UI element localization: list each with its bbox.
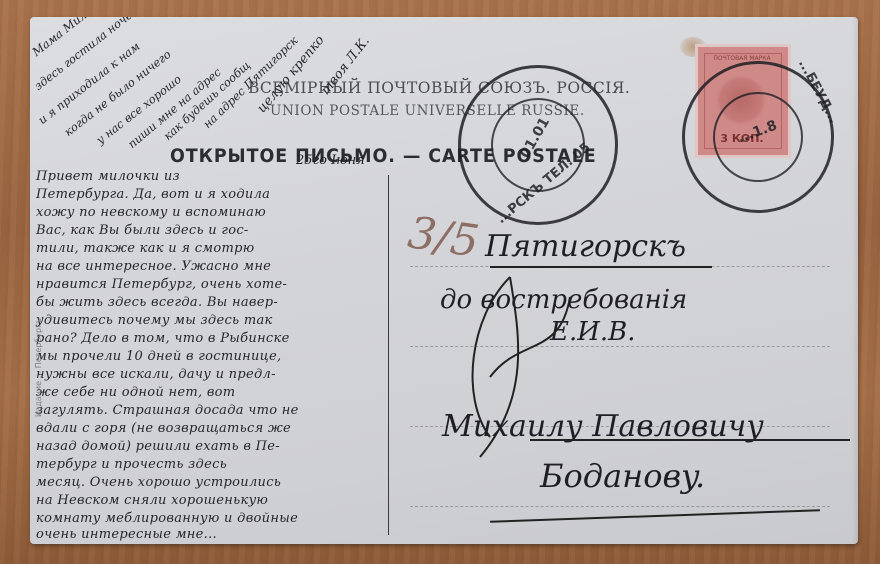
- card-edge-shadow: [852, 17, 858, 544]
- message-line: удивитесь почему мы здесь так: [36, 313, 273, 328]
- address-rule-4: [410, 506, 830, 507]
- message-line: рано? Дело в том, что в Рыбинске: [36, 331, 290, 346]
- message-line: очень интересные мне...: [36, 527, 217, 542]
- postcard: ВСЕМIРНЫЙ ПОЧТОВЫЙ СОЮЗЪ. РОССIЯ. UNION …: [30, 17, 858, 544]
- message-line: Привет милочки из: [36, 169, 180, 184]
- postmark-right: ...БЕУД... ...1.8: [682, 61, 834, 213]
- message-line: вдали с горя (не возвращаться же: [36, 421, 291, 436]
- message-line: тербург и прочесть здесь: [36, 457, 227, 472]
- message-line: на Невском сняли хорошенькую: [36, 493, 268, 508]
- message-line: мы прочели 10 дней в гостинице,: [36, 349, 281, 364]
- message-line: бы жить здесь всегда. Вы навер-: [36, 295, 278, 310]
- message-line: месяц. Очень хорошо устроились: [36, 475, 281, 490]
- message-line: тили, также как и я смотрю: [36, 241, 255, 256]
- message-line: загулять. Страшная досада что не: [36, 403, 299, 418]
- center-divider-line: [388, 175, 389, 535]
- message-line: на все интересное. Ужасно мне: [36, 259, 271, 274]
- publisher-imprint-text: Издание ... Петербургъ: [34, 318, 43, 417]
- postmark-right-text: ...БЕУД...: [795, 57, 841, 126]
- message-line: Вас, как Вы были здесь и гос-: [36, 223, 249, 238]
- message-date: 25го Iюня: [296, 153, 365, 168]
- postmark-center: ...РСКЪ ТЕЛ. 05 01.01: [458, 65, 618, 225]
- message-line: же себе ни одной нет, вот: [36, 385, 235, 400]
- message-line: Петербурга. Да, вот и я ходила: [36, 187, 270, 202]
- message-line: нравится Петербург, очень хоте-: [36, 277, 287, 292]
- message-line: назад домой) решили ехать в Пе-: [36, 439, 280, 454]
- address-surname-underline: [490, 509, 820, 523]
- message-line: нужны все искали, дачу и предл-: [36, 367, 276, 382]
- message-line: комнату меблированную и двойные: [36, 511, 298, 526]
- pen-flourish-icon: [450, 257, 590, 477]
- publisher-imprint: Издание ... Петербургъ: [32, 167, 46, 417]
- message-line: хожу по невскому и вспоминаю: [36, 205, 266, 220]
